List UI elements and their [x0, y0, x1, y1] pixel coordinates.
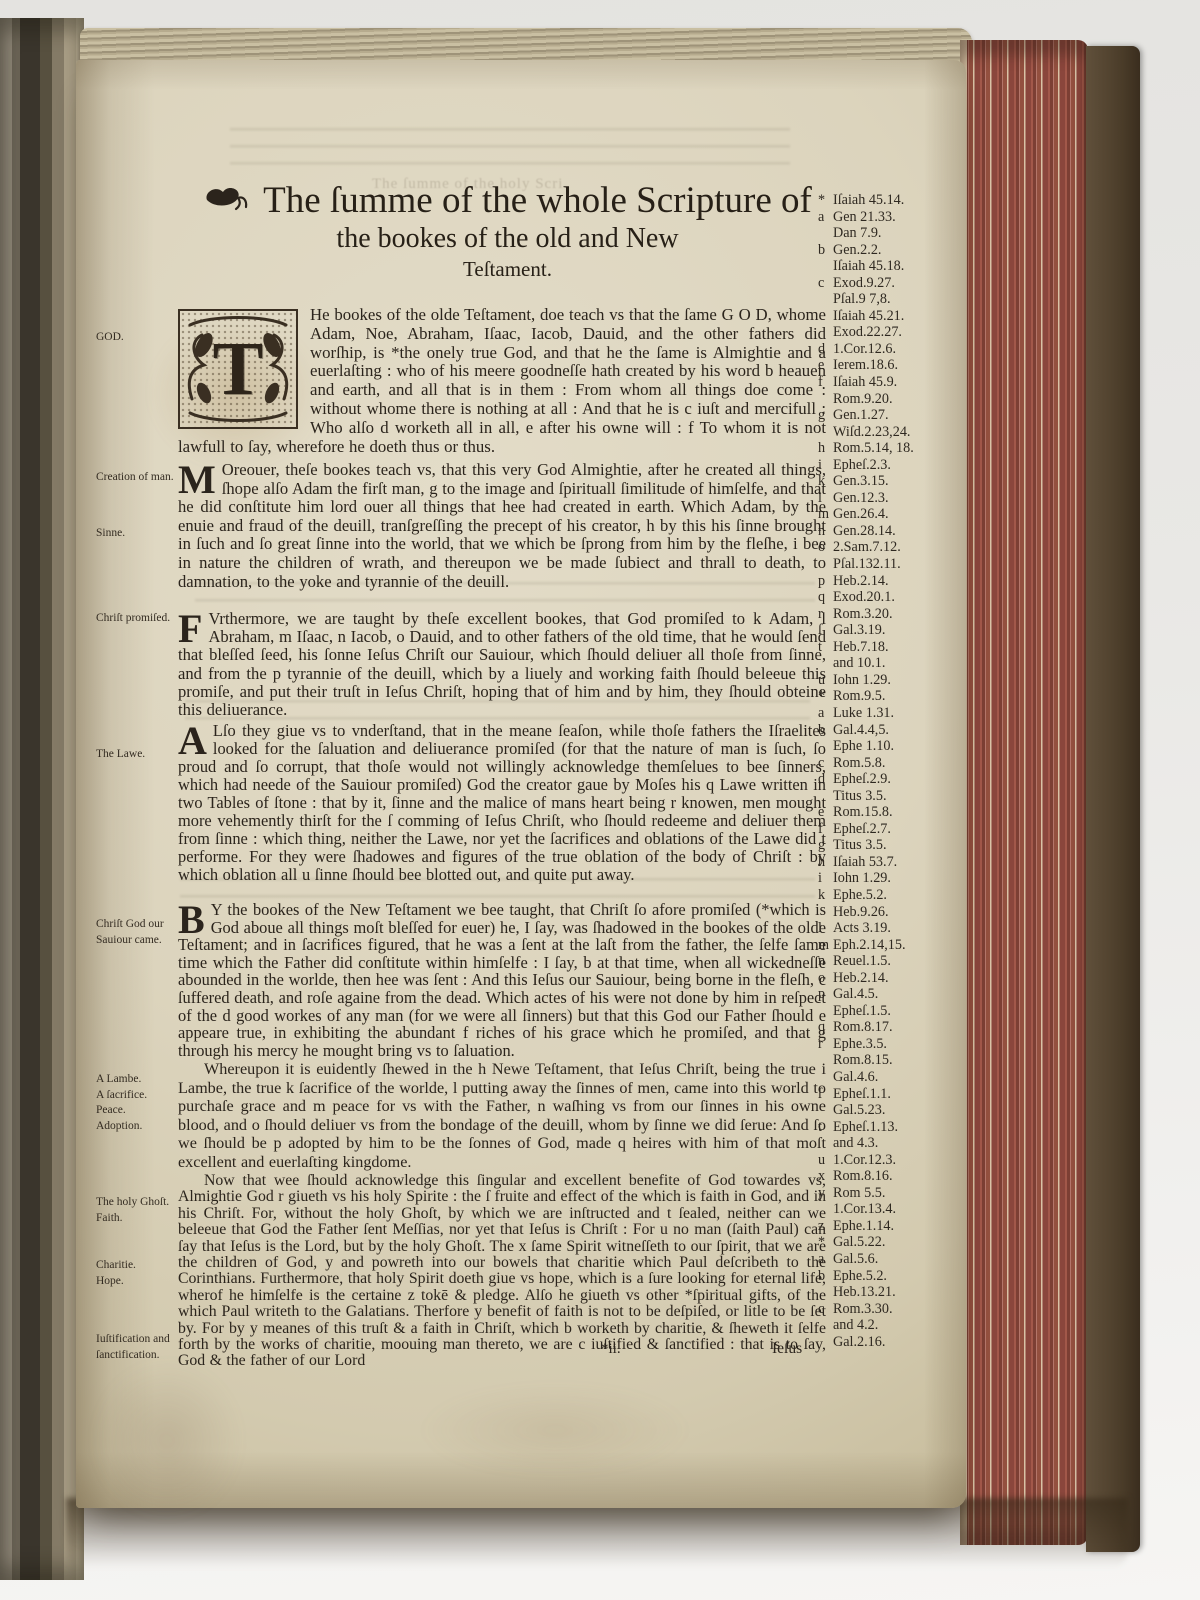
reference-line: qExod.20.1. [818, 589, 966, 606]
reference-line: pGal.4.5. [818, 986, 966, 1003]
reference-line: mGen.26.4. [818, 506, 966, 523]
reference-text: 1.Cor.13.4. [833, 1201, 966, 1218]
reference-text: Rom.5.8. [833, 755, 966, 772]
reference-text: Exod.20.1. [833, 589, 966, 606]
reference-line: Iſaiah 45.21. [818, 308, 966, 325]
reference-line: lActs 3.19. [818, 920, 966, 937]
reference-text: Exod.9.27. [833, 275, 966, 292]
reference-line: Ephe 1.10. [818, 738, 966, 755]
reference-marker: t [818, 1119, 833, 1136]
reference-line: aLuke 1.31. [818, 705, 966, 722]
reference-marker [818, 1135, 833, 1152]
paragraph: Now that wee ſhould acknowledge this ſin… [178, 1173, 826, 1370]
margin-note: The holy Ghoſt. Faith. [96, 1195, 190, 1226]
reference-marker: d [818, 341, 833, 358]
reference-text: Acts 3.19. [833, 920, 966, 937]
reference-marker: y [818, 1185, 833, 1202]
reference-marker: b [818, 1268, 833, 1285]
paragraph: MOreouer, theſe bookes teach vs, that th… [178, 461, 826, 591]
reference-text: Epheſ.2.9. [833, 771, 966, 788]
reference-marker [818, 904, 833, 921]
reference-marker: r [818, 1036, 833, 1053]
reference-marker: n [818, 523, 833, 540]
reference-text: Ephe 1.10. [833, 738, 966, 755]
reference-marker: o [818, 539, 833, 556]
reference-text: Heb.9.26. [833, 904, 966, 921]
reference-line: Gal.4.6. [818, 1069, 966, 1086]
reference-marker: p [818, 986, 833, 1003]
reference-text: Wiſd.2.23,24. [833, 424, 966, 441]
reference-marker [818, 655, 833, 672]
reference-text: Ephe.3.5. [833, 1036, 966, 1053]
reference-marker: a [818, 705, 833, 722]
reference-text: Heb.2.14. [833, 970, 966, 987]
reference-line: cRom.5.8. [818, 755, 966, 772]
reference-line: yRom 5.5. [818, 1185, 966, 1202]
reference-line: *Iſaiah 45.14. [818, 192, 966, 209]
margin-note: Creation of man. [96, 470, 190, 486]
reference-marker: e [818, 804, 833, 821]
scripture-references: *Iſaiah 45.14.aGen 21.33.Dan 7.9.bGen.2.… [818, 192, 966, 1350]
reference-marker: g [818, 837, 833, 854]
reference-marker: o [818, 970, 833, 987]
reference-line: Wiſd.2.23,24. [818, 424, 966, 441]
reference-text: Gen.2.2. [833, 242, 966, 259]
reference-text: Exod.22.27. [833, 324, 966, 341]
reference-marker: r [818, 606, 833, 623]
reference-line: o2.Sam.7.12. [818, 539, 966, 556]
reference-marker: c [818, 275, 833, 292]
reference-line: iIohn 1.29. [818, 870, 966, 887]
reference-marker: n [818, 953, 833, 970]
reference-line: lGen.12.3. [818, 490, 966, 507]
reference-line: aGen 21.33. [818, 209, 966, 226]
book-shadow [66, 1498, 1128, 1568]
reference-text: Rom.3.30. [833, 1301, 966, 1318]
reference-line: Pſal.9 7,8. [818, 291, 966, 308]
reference-text: Eph.2.14,15. [833, 937, 966, 954]
reference-line: Titus 3.5. [818, 788, 966, 805]
title-line-2: the bookes of the old and New [180, 223, 835, 255]
reference-marker: e [818, 357, 833, 374]
reference-text: Rom.8.15. [833, 1052, 966, 1069]
reference-marker: f [818, 821, 833, 838]
margin-note: Iuſtification and ſanctification. [96, 1332, 190, 1363]
reference-line: Epheſ.1.5. [818, 1003, 966, 1020]
reference-line: Rom.9.20. [818, 391, 966, 408]
reference-line: rRom.3.20. [818, 606, 966, 623]
reference-marker: h [818, 440, 833, 457]
margin-note: GOD. [96, 330, 190, 346]
reference-line: eIerem.18.6. [818, 357, 966, 374]
reference-marker: x [818, 1168, 833, 1185]
margin-note: Chriſt God our Sauiour came. [96, 917, 190, 948]
reference-text: Ephe.5.2. [833, 1268, 966, 1285]
reference-marker: l [818, 920, 833, 937]
reference-line: hRom.5.14, 18. [818, 440, 966, 457]
reference-text: Epheſ.1.1. [833, 1086, 966, 1103]
reference-marker: * [818, 192, 833, 209]
reference-marker [818, 1069, 833, 1086]
reference-marker: a [818, 209, 833, 226]
reference-text: Rom 5.5. [833, 1185, 966, 1202]
reference-line: kGen.3.15. [818, 473, 966, 490]
reference-line: fEpheſ.2.7. [818, 821, 966, 838]
reference-text: Heb.7.18. [833, 639, 966, 656]
reference-marker: m [818, 506, 833, 523]
reference-marker: q [818, 1019, 833, 1036]
reference-line: Gal.2.16. [818, 1334, 966, 1351]
reference-marker: g [818, 407, 833, 424]
reference-text: Gal.2.16. [833, 1334, 966, 1351]
reference-line: gGen.1.27. [818, 407, 966, 424]
reference-text: Epheſ.2.3. [833, 457, 966, 474]
reference-line: Gal.5.23. [818, 1102, 966, 1119]
reference-marker: m [818, 937, 833, 954]
reference-text: Rom.5.14, 18. [833, 440, 966, 457]
reference-line: bEphe.5.2. [818, 1268, 966, 1285]
margin-note: A Lambe. A ſacrifice. Peace. Adoption. [96, 1072, 190, 1134]
page-title: The ſumme of the whole Scripture of the … [180, 180, 835, 281]
reference-line: nGen.28.14. [818, 523, 966, 540]
reference-text: Gal.4.5. [833, 986, 966, 1003]
reference-line: Exod.22.27. [818, 324, 966, 341]
reference-line: hIſaiah 53.7. [818, 854, 966, 871]
title-line-1: The ſumme of the whole Scripture of [180, 180, 835, 222]
margin-note: Chriſt promiſed. [96, 611, 190, 627]
reference-line: u1.Cor.12.3. [818, 1152, 966, 1169]
reference-line: pHeb.2.14. [818, 573, 966, 590]
reference-marker [818, 1334, 833, 1351]
reference-line: Pſal.132.11. [818, 556, 966, 573]
reference-line: ſGal.3.19. [818, 622, 966, 639]
reference-text: Reuel.1.5. [833, 953, 966, 970]
reference-text: Gen.1.27. [833, 407, 966, 424]
reference-line: and 4.2. [818, 1317, 966, 1334]
reference-line: and 10.1. [818, 655, 966, 672]
reference-marker [818, 225, 833, 242]
reference-marker [818, 556, 833, 573]
reference-text: Gal.5.6. [833, 1251, 966, 1268]
reference-text: 2.Sam.7.12. [833, 539, 966, 556]
reference-marker: k [818, 887, 833, 904]
reference-text: Iſaiah 45.14. [833, 192, 966, 209]
paragraph: ALſo they giue vs to vnderſtand, that in… [178, 722, 826, 884]
reference-line: eRom.15.8. [818, 804, 966, 821]
reference-text: Gal.5.22. [833, 1234, 966, 1251]
fore-edge-pages [960, 40, 1088, 1545]
reference-text: Titus 3.5. [833, 837, 966, 854]
reference-text: Gen.12.3. [833, 490, 966, 507]
reference-marker: i [818, 870, 833, 887]
reference-marker: q [818, 589, 833, 606]
reference-text: Rom.8.16. [833, 1168, 966, 1185]
reference-marker: l [818, 490, 833, 507]
reference-line: kEphe.5.2. [818, 887, 966, 904]
reference-line: Heb.9.26. [818, 904, 966, 921]
left-page-block-edge [0, 18, 84, 1580]
reference-line: Dan 7.9. [818, 225, 966, 242]
reference-text: Gen.28.14. [833, 523, 966, 540]
reference-text: 1.Cor.12.3. [833, 1152, 966, 1169]
reference-text: Epheſ.1.5. [833, 1003, 966, 1020]
reference-marker [818, 738, 833, 755]
reference-marker: i [818, 457, 833, 474]
paragraph: BY the bookes of the New Teſtament we be… [178, 901, 826, 1059]
reference-text: Dan 7.9. [833, 225, 966, 242]
reference-line: *Rom.9.5. [818, 688, 966, 705]
reference-text: Heb.13.21. [833, 1284, 966, 1301]
reference-text: Ephe.1.14. [833, 1218, 966, 1235]
reference-line: uIohn 1.29. [818, 672, 966, 689]
reference-line: nReuel.1.5. [818, 953, 966, 970]
reference-line: zEphe.1.14. [818, 1218, 966, 1235]
leaf-ornament-icon [203, 179, 249, 221]
reference-text: Gen.26.4. [833, 506, 966, 523]
book-cover [1086, 46, 1140, 1552]
reference-text: Epheſ.2.7. [833, 821, 966, 838]
reference-text: Rom.8.17. [833, 1019, 966, 1036]
reference-line: Iſaiah 45.18. [818, 258, 966, 275]
reference-line: *Gal.5.22. [818, 1234, 966, 1251]
reference-text: Iohn 1.29. [833, 870, 966, 887]
title-line-3: Teſtament. [180, 257, 835, 281]
catchword: Ieſus [772, 1340, 802, 1358]
signature-mark: *ii. [601, 1341, 621, 1358]
reference-text: and 4.2. [833, 1317, 966, 1334]
reference-marker: d [818, 771, 833, 788]
reference-marker: c [818, 1301, 833, 1318]
reference-marker [818, 1201, 833, 1218]
reference-line: bGen.2.2. [818, 242, 966, 259]
margin-note: The Lawe. [96, 747, 190, 763]
margin-note: Charitie. Hope. [96, 1258, 190, 1289]
reference-marker [818, 1317, 833, 1334]
reference-text: Gal.3.19. [833, 622, 966, 639]
reference-line: xRom.8.16. [818, 1168, 966, 1185]
paragraph: THe bookes of the olde Teſtament, doe te… [178, 306, 826, 456]
reference-text: Pſal.132.11. [833, 556, 966, 573]
reference-text: Gal.5.23. [833, 1102, 966, 1119]
reference-text: Gen.3.15. [833, 473, 966, 490]
reference-line: fIſaiah 45.9. [818, 374, 966, 391]
reference-marker [818, 291, 833, 308]
reference-text: Iſaiah 45.9. [833, 374, 966, 391]
reference-text: Pſal.9 7,8. [833, 291, 966, 308]
reference-text: Rom.9.20. [833, 391, 966, 408]
reference-line: oHeb.2.14. [818, 970, 966, 987]
reference-line: ſEpheſ.1.1. [818, 1086, 966, 1103]
reference-marker [818, 1102, 833, 1119]
reference-marker: z [818, 1218, 833, 1235]
reference-text: Gen 21.33. [833, 209, 966, 226]
reference-line: rEphe.3.5. [818, 1036, 966, 1053]
reference-line: d1.Cor.12.6. [818, 341, 966, 358]
reference-marker [818, 324, 833, 341]
reference-marker: t [818, 639, 833, 656]
reference-line: iEpheſ.2.3. [818, 457, 966, 474]
reference-line: tHeb.7.18. [818, 639, 966, 656]
reference-marker: k [818, 473, 833, 490]
reference-marker [818, 308, 833, 325]
book-photo: The ſumme of the holy Scri The ſumme of … [0, 0, 1200, 1600]
reference-marker: f [818, 374, 833, 391]
reference-text: Iſaiah 45.18. [833, 258, 966, 275]
reference-text: Heb.2.14. [833, 573, 966, 590]
reference-text: Ierem.18.6. [833, 357, 966, 374]
reference-marker [818, 1052, 833, 1069]
reference-text: and 4.3. [833, 1135, 966, 1152]
reference-line: and 4.3. [818, 1135, 966, 1152]
drop-cap: T [180, 311, 296, 427]
reference-line: 1.Cor.13.4. [818, 1201, 966, 1218]
reference-marker [818, 788, 833, 805]
reference-text: Titus 3.5. [833, 788, 966, 805]
reference-marker [818, 424, 833, 441]
reference-marker: a [818, 1251, 833, 1268]
reference-text: Iſaiah 53.7. [833, 854, 966, 871]
reference-line: aGal.5.6. [818, 1251, 966, 1268]
reference-marker: * [818, 1234, 833, 1251]
reference-line: Heb.13.21. [818, 1284, 966, 1301]
reference-marker [818, 258, 833, 275]
reference-text: Gal.4.6. [833, 1069, 966, 1086]
reference-marker: h [818, 854, 833, 871]
reference-marker: p [818, 573, 833, 590]
reference-text: Luke 1.31. [833, 705, 966, 722]
reference-text: Ephe.5.2. [833, 887, 966, 904]
reference-line: tEpheſ.1.13. [818, 1119, 966, 1136]
reference-line: Rom.8.15. [818, 1052, 966, 1069]
reference-marker: u [818, 1152, 833, 1169]
reference-marker: ſ [818, 622, 833, 639]
reference-line: cRom.3.30. [818, 1301, 966, 1318]
reference-line: cExod.9.27. [818, 275, 966, 292]
reference-marker: c [818, 755, 833, 772]
reference-text: Rom.15.8. [833, 804, 966, 821]
reference-text: Rom.9.5. [833, 688, 966, 705]
reference-text: Iſaiah 45.21. [833, 308, 966, 325]
reference-line: qRom.8.17. [818, 1019, 966, 1036]
reference-text: Epheſ.1.13. [833, 1119, 966, 1136]
woodcut-initial: T [178, 309, 298, 429]
reference-text: 1.Cor.12.6. [833, 341, 966, 358]
reference-line: dEpheſ.2.9. [818, 771, 966, 788]
reference-marker: * [818, 688, 833, 705]
reference-line: bGal.4.4,5. [818, 722, 966, 739]
margin-note: Sinne. [96, 526, 190, 542]
reference-text: Rom.3.20. [833, 606, 966, 623]
paragraph: Whereupon it is euidently ſhewed in the … [178, 1060, 826, 1172]
reference-marker: u [818, 672, 833, 689]
paragraph: FVrthermore, we are taught by theſe exce… [178, 610, 826, 719]
reference-marker: b [818, 722, 833, 739]
reference-text: Iohn 1.29. [833, 672, 966, 689]
reference-marker [818, 1284, 833, 1301]
reference-marker: b [818, 242, 833, 259]
reference-line: mEph.2.14,15. [818, 937, 966, 954]
reference-marker [818, 391, 833, 408]
reference-text: Gal.4.4,5. [833, 722, 966, 739]
reference-marker [818, 1003, 833, 1020]
reference-text: and 10.1. [833, 655, 966, 672]
reference-marker: ſ [818, 1086, 833, 1103]
reference-line: gTitus 3.5. [818, 837, 966, 854]
